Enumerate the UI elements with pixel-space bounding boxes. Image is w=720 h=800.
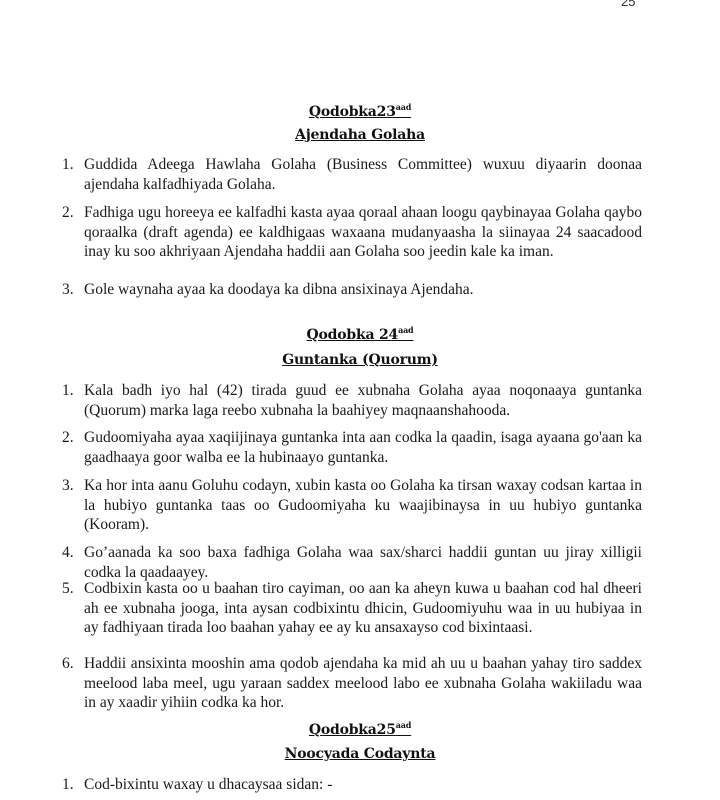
article-heading: Qodobka25aad — [0, 720, 720, 738]
list-item: 3.Gole waynaha ayaa ka doodaya ka dibna … — [62, 280, 642, 300]
article-title: Noocyada Codaynta — [0, 746, 720, 762]
list-item: 4.Go’aanada ka soo baxa fadhiga Golaha w… — [62, 543, 642, 582]
article-title: Ajendaha Golaha — [0, 127, 720, 143]
list-item: 2.Gudoomiyaha ayaa xaqiijinaya guntanka … — [62, 428, 642, 467]
list-item: 1.Guddida Adeega Hawlaha Golaha (Busines… — [62, 155, 642, 194]
article-title: Guntanka (Quorum) — [0, 352, 720, 368]
list-item: 1.Kala badh iyo hal (42) tirada guud ee … — [62, 381, 642, 420]
page-number: 25 — [621, 0, 635, 9]
article-heading: Qodobka23aad — [0, 102, 720, 120]
article-heading: Qodobka 24aad — [0, 325, 720, 343]
list-item: 6.Haddii ansixinta mooshin ama qodob aje… — [62, 654, 642, 713]
list-item: 2.Fadhiga ugu horeeya ee kalfadhi kasta … — [62, 203, 642, 262]
list-item: 3.Ka hor inta aanu Goluhu codayn, xubin … — [62, 476, 642, 535]
list-item: 5.Codbixin kasta oo u baahan tiro cayima… — [62, 579, 642, 638]
list-item: 1.Cod-bixintu waxay u dhacaysaa sidan: - — [62, 775, 642, 795]
